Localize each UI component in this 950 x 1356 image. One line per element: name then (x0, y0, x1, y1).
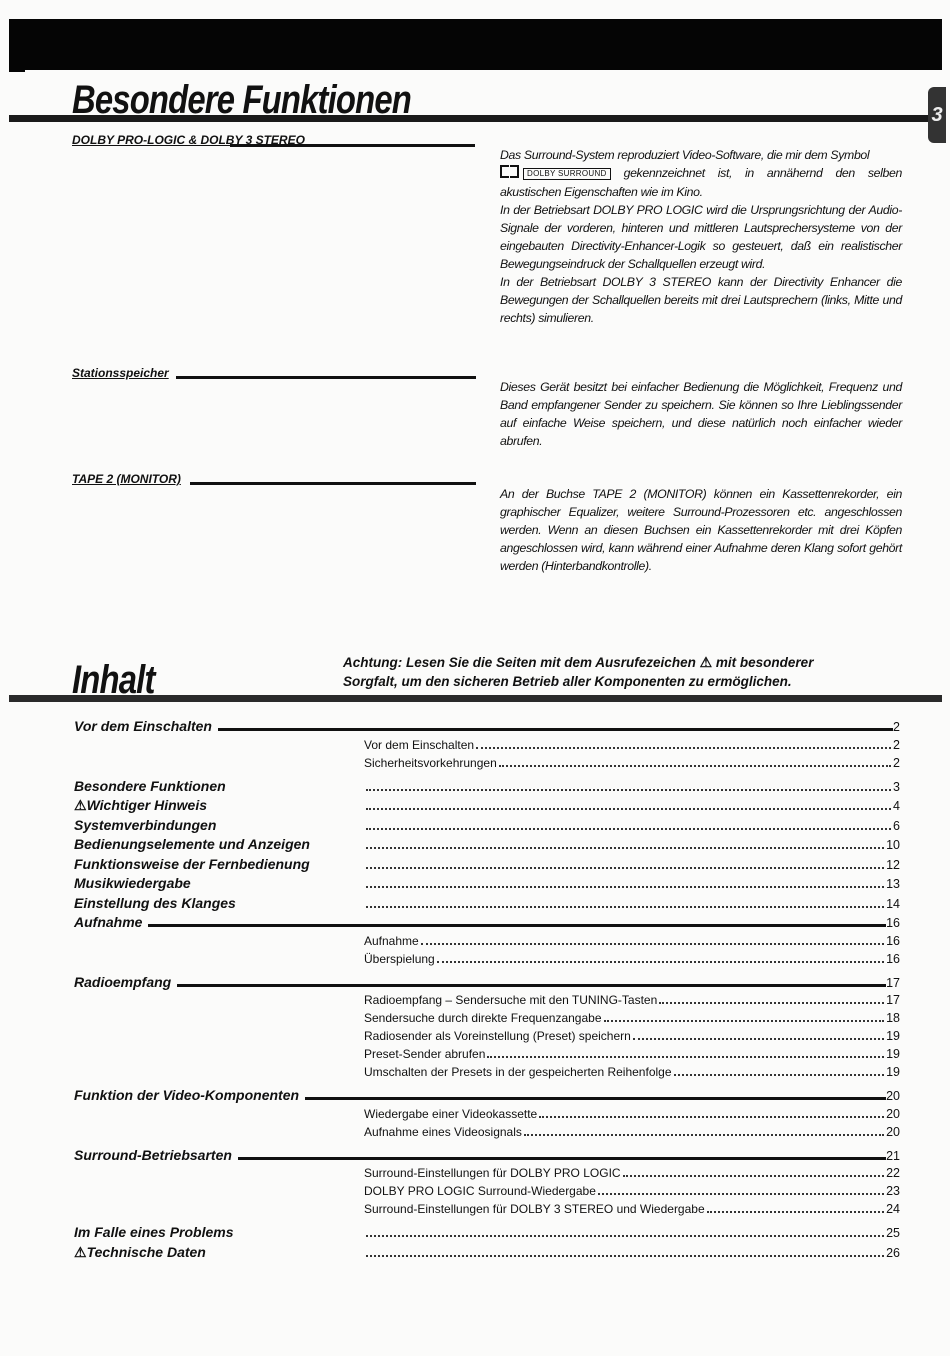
toc-rule (238, 1157, 886, 1160)
toc-entry[interactable]: Funktion der Video-Komponenten20 (74, 1087, 900, 1107)
toc-sub-title: Radiosender als Voreinstellung (Preset) … (364, 1029, 631, 1043)
toc-entry[interactable]: Im Falle eines Problems25 (74, 1224, 900, 1244)
toc-sub-title: Aufnahme (364, 934, 419, 948)
toc-page-number: 6 (893, 819, 900, 833)
section-rule (230, 144, 475, 147)
paragraph: In der Betriebsart DOLBY PRO LOGIC wird … (500, 201, 902, 273)
toc-page-number: 20 (886, 1107, 900, 1121)
toc-entry[interactable]: Radioempfang17 (74, 974, 900, 994)
section-heading-tape2: TAPE 2 (MONITOR) (72, 472, 181, 486)
toc-entry[interactable]: Bedienungselemente und Anzeigen10 (74, 836, 900, 856)
section-text-tape2: An der Buchse TAPE 2 (MONITOR) können ei… (500, 485, 902, 575)
toc-entry-title: Einstellung des Klanges (74, 895, 364, 911)
toc-entry[interactable]: ⚠ Technische Daten26 (74, 1244, 900, 1264)
toc-sub-entry[interactable]: DOLBY PRO LOGIC Surround-Wiedergabe23 (364, 1184, 900, 1202)
toc-page-number: 19 (886, 1065, 900, 1079)
section-tab: 3 (928, 87, 946, 143)
toc-page-number: 10 (886, 838, 900, 852)
toc-rule (148, 924, 886, 927)
toc-leader (598, 1193, 884, 1195)
toc-page-number: 4 (893, 799, 900, 813)
section-text-dolby: Das Surround-System reproduziert Video-S… (500, 146, 902, 327)
toc-sub-entry[interactable]: Surround-Einstellungen für DOLBY PRO LOG… (364, 1166, 900, 1184)
toc-sub-entry[interactable]: Vor dem Einschalten2 (364, 738, 900, 756)
toc-entry-title: Surround-Betriebsarten (74, 1147, 232, 1163)
dolby-double-d-icon (500, 165, 523, 183)
toc-sub-entry[interactable]: Preset-Sender abrufen19 (364, 1047, 900, 1065)
toc-page-number: 2 (893, 738, 900, 752)
toc-leader (476, 747, 891, 749)
toc-sub-title: Radioempfang – Sendersuche mit den TUNIN… (364, 993, 657, 1007)
toc-entry-title: Im Falle eines Problems (74, 1224, 364, 1240)
toc-entry-title: ⚠ Technische Daten (74, 1244, 364, 1261)
toc-sub-entry[interactable]: Sendersuche durch direkte Frequenzangabe… (364, 1011, 900, 1029)
toc-page-number: 2 (893, 756, 900, 770)
toc-leader (604, 1020, 885, 1022)
toc-leader (366, 1255, 884, 1257)
toc-sub-entry[interactable]: Sicherheitsvorkehrungen2 (364, 756, 900, 774)
toc-leader (366, 789, 891, 791)
header-black-bar (9, 19, 942, 70)
toc-leader (659, 1002, 884, 1004)
toc-page-number: 19 (886, 1029, 900, 1043)
toc-page-number: 21 (886, 1149, 900, 1163)
toc-leader (366, 1235, 884, 1237)
toc-sub-entry[interactable]: Radioempfang – Sendersuche mit den TUNIN… (364, 993, 900, 1011)
toc-page-number: 16 (886, 934, 900, 948)
safety-notice: Achtung: Lesen Sie die Seiten mit dem Au… (343, 653, 903, 691)
toc-entry-title: Radioempfang (74, 974, 171, 990)
toc-sub-title: Sendersuche durch direkte Frequenzangabe (364, 1011, 602, 1025)
toc-page-number: 14 (886, 897, 900, 911)
toc-sub-entry[interactable]: Überspielung16 (364, 952, 900, 970)
dolby-surround-badge: DOLBY SURROUND (523, 168, 611, 180)
warning-icon: ⚠ (74, 1244, 87, 1261)
toc-leader (366, 906, 884, 908)
toc-leader (499, 765, 891, 767)
toc-entry[interactable]: Surround-Betriebsarten21 (74, 1147, 900, 1167)
toc-leader (707, 1211, 884, 1213)
toc-sub-title: Surround-Einstellungen für DOLBY 3 STERE… (364, 1202, 705, 1216)
toc-sub-entry[interactable]: Wiedergabe einer Videokassette20 (364, 1107, 900, 1125)
toc-rule (218, 728, 893, 731)
header-bar-notch (9, 68, 25, 72)
toc-page-number: 19 (886, 1047, 900, 1061)
toc-page-number: 18 (886, 1011, 900, 1025)
toc-sub-entry[interactable]: Aufnahme eines Videosignals20 (364, 1125, 900, 1143)
toc-entry[interactable]: Besondere Funktionen3 (74, 778, 900, 798)
toc-entry-title: Vor dem Einschalten (74, 718, 212, 734)
toc-entry-title: Aufnahme (74, 914, 142, 930)
toc-entry[interactable]: Systemverbindungen6 (74, 817, 900, 837)
toc-sub-entry[interactable]: Aufnahme16 (364, 934, 900, 952)
toc-sub-title: Surround-Einstellungen für DOLBY PRO LOG… (364, 1166, 621, 1180)
toc-leader (437, 961, 884, 963)
page-title: Besondere Funktionen (72, 80, 411, 120)
toc-sub-title: Aufnahme eines Videosignals (364, 1125, 522, 1139)
section-heading-stationsspeicher: Stationsspeicher (72, 366, 169, 380)
toc-sub-title: DOLBY PRO LOGIC Surround-Wiedergabe (364, 1184, 596, 1198)
toc-sub-entry[interactable]: Umschalten der Presets in der gespeicher… (364, 1065, 900, 1083)
toc-page-number: 3 (893, 780, 900, 794)
toc-rule (305, 1097, 886, 1100)
toc-leader (366, 828, 891, 830)
toc-entry[interactable]: Aufnahme16 (74, 914, 900, 934)
toc-entry-title: ⚠ Wichtiger Hinweis (74, 797, 364, 814)
toc-sub-title: Umschalten der Presets in der gespeicher… (364, 1065, 672, 1079)
toc-page-number: 13 (886, 877, 900, 891)
toc-sub-title: Überspielung (364, 952, 435, 966)
toc-leader (524, 1134, 884, 1136)
toc-leader (421, 943, 884, 945)
toc-leader (623, 1175, 885, 1177)
paragraph: DOLBY SURROUND gekennzeichnet ist, in an… (500, 164, 902, 201)
toc-page-number: 12 (886, 858, 900, 872)
toc-page-number: 17 (886, 993, 900, 1007)
toc-entry-title: Funktion der Video-Komponenten (74, 1087, 299, 1103)
toc-entry-title: Musikwiedergabe (74, 875, 364, 891)
table-of-contents: Vor dem Einschalten2Vor dem Einschalten2… (74, 718, 900, 1263)
toc-page-number: 17 (886, 976, 900, 990)
toc-leader (674, 1074, 885, 1076)
toc-entry[interactable]: ⚠ Wichtiger Hinweis4 (74, 797, 900, 817)
toc-leader (366, 886, 884, 888)
toc-page-number: 16 (886, 916, 900, 930)
toc-entry-title: Funktionsweise der Fernbedienung (74, 856, 364, 872)
toc-entry-title: Systemverbindungen (74, 817, 364, 833)
toc-entry-title: Besondere Funktionen (74, 778, 364, 794)
toc-page-number: 2 (893, 720, 900, 734)
toc-sub-title: Wiedergabe einer Videokassette (364, 1107, 537, 1121)
toc-page-number: 20 (886, 1089, 900, 1103)
warning-icon: ⚠ (74, 797, 87, 814)
toc-leader (487, 1056, 884, 1058)
warning-icon: ⚠ (700, 653, 713, 672)
toc-entry[interactable]: Musikwiedergabe13 (74, 875, 900, 895)
paragraph: In der Betriebsart DOLBY 3 STEREO kann d… (500, 273, 902, 327)
section-rule (190, 482, 476, 485)
toc-page-number: 23 (886, 1184, 900, 1198)
toc-entry[interactable]: Vor dem Einschalten2 (74, 718, 900, 738)
toc-page-number: 16 (886, 952, 900, 966)
toc-page-number: 22 (886, 1166, 900, 1180)
toc-sub-entry[interactable]: Radiosender als Voreinstellung (Preset) … (364, 1029, 900, 1047)
toc-page-number: 25 (886, 1226, 900, 1240)
toc-leader (366, 867, 884, 869)
contents-title: Inhalt (72, 660, 155, 700)
paragraph: Das Surround-System reproduziert Video-S… (500, 146, 902, 164)
toc-leader (366, 847, 884, 849)
section-text-stationsspeicher: Dieses Gerät besitzt bei einfacher Bedie… (500, 378, 902, 450)
toc-leader (366, 808, 891, 810)
toc-entry[interactable]: Funktionsweise der Fernbedienung12 (74, 856, 900, 876)
section-rule (176, 376, 476, 379)
toc-page-number: 20 (886, 1125, 900, 1139)
toc-sub-entry[interactable]: Surround-Einstellungen für DOLBY 3 STERE… (364, 1202, 900, 1220)
toc-sub-title: Sicherheitsvorkehrungen (364, 756, 497, 770)
toc-entry[interactable]: Einstellung des Klanges14 (74, 895, 900, 915)
toc-page-number: 24 (886, 1202, 900, 1216)
contents-rule (9, 695, 942, 702)
toc-rule (177, 984, 886, 987)
toc-sub-title: Vor dem Einschalten (364, 738, 474, 752)
toc-leader (539, 1116, 884, 1118)
title-rule (9, 115, 929, 122)
toc-entry-title: Bedienungselemente und Anzeigen (74, 836, 364, 852)
toc-page-number: 26 (886, 1246, 900, 1260)
toc-leader (633, 1038, 884, 1040)
toc-sub-title: Preset-Sender abrufen (364, 1047, 485, 1061)
